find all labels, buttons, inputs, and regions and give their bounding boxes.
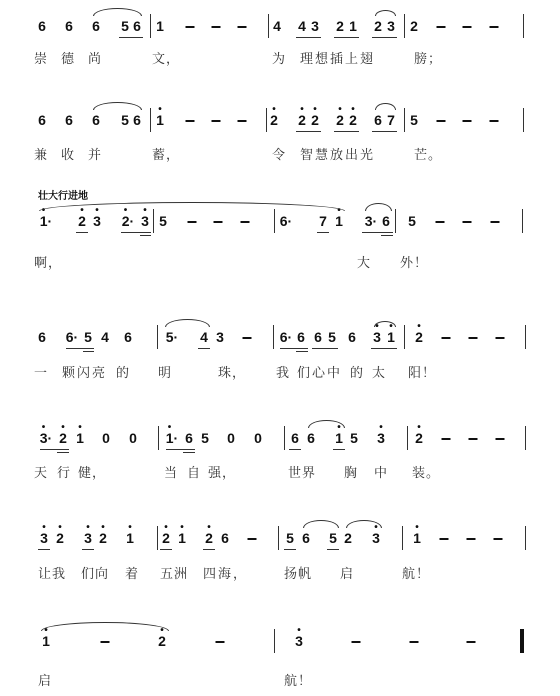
- lyric-text: 启: [38, 674, 52, 690]
- lyric-text: 天: [34, 466, 48, 482]
- sustain-dash: [437, 26, 446, 28]
- sustain-dash: [212, 120, 221, 122]
- final-barline: [520, 629, 524, 653]
- eighth-underline: [119, 37, 143, 38]
- eighth-underline: [317, 232, 329, 233]
- slur-tie: [365, 203, 392, 211]
- note-digit: 6: [374, 112, 382, 128]
- note-digit: 6·: [280, 329, 292, 345]
- lyric-text: 装。: [412, 466, 440, 482]
- note-digit: 0: [254, 430, 262, 446]
- note-digit: 6: [65, 18, 73, 34]
- octave-up-dot: •: [417, 324, 421, 330]
- sustain-dash: [496, 438, 505, 440]
- note: 5: [286, 530, 294, 546]
- note: 4: [101, 329, 109, 345]
- note-digit: 7: [319, 213, 327, 229]
- note-digit: 3·: [365, 213, 377, 229]
- octave-up-dot: •: [78, 425, 82, 431]
- eighth-underline: [40, 449, 69, 450]
- note-digit: 6·: [280, 213, 292, 229]
- note-digit: 3: [216, 329, 224, 345]
- lyric-text: 颗闪亮: [62, 366, 107, 382]
- sustain-dash: [188, 221, 197, 223]
- note: 6: [133, 18, 141, 34]
- note: 5: [408, 213, 416, 229]
- eighth-underline: [198, 348, 210, 349]
- note-digit: 5: [121, 112, 129, 128]
- note: 2•: [415, 329, 423, 345]
- note: 6: [302, 530, 310, 546]
- note: 1•: [156, 112, 164, 128]
- barline: [525, 526, 526, 550]
- note: 1•: [387, 329, 395, 345]
- barline: [274, 209, 275, 233]
- note-digit: 6: [185, 430, 193, 446]
- barline: [157, 325, 158, 349]
- lyric-text: 德: [61, 52, 75, 68]
- lyric-text: 启: [340, 567, 354, 583]
- barline: [404, 108, 405, 132]
- note: 6: [374, 112, 382, 128]
- sustain-dash: [494, 538, 503, 540]
- note-digit: 5: [350, 430, 358, 446]
- note: 1•: [126, 530, 134, 546]
- sustain-dash: [469, 438, 478, 440]
- note-digit: 6: [38, 18, 46, 34]
- sustain-dash: [496, 337, 505, 339]
- eighth-underline: [327, 549, 339, 550]
- note: 5: [121, 18, 129, 34]
- note: 6: [307, 430, 315, 446]
- note: 3•: [40, 530, 48, 546]
- note: 6: [291, 430, 299, 446]
- barline: [407, 426, 408, 450]
- lyric-text: 们心中: [297, 366, 342, 382]
- barline: [153, 209, 154, 233]
- note-digit: 0: [129, 430, 137, 446]
- note-digit: 2: [336, 18, 344, 34]
- note: 7: [387, 112, 395, 128]
- barline: [404, 14, 405, 38]
- sustain-dash: [467, 538, 476, 540]
- slur-tie: [93, 8, 142, 16]
- note: 2: [336, 18, 344, 34]
- barline: [284, 426, 285, 450]
- note-digit: 6: [124, 329, 132, 345]
- octave-up-dot: •: [101, 525, 105, 531]
- note: 1: [156, 18, 164, 34]
- note-digit: 6: [133, 18, 141, 34]
- lyric-text: 大: [357, 256, 371, 272]
- eighth-underline: [76, 232, 88, 233]
- sustain-dash: [467, 641, 476, 643]
- eighth-underline: [334, 131, 359, 132]
- note: 5: [328, 329, 336, 345]
- note: 6·: [66, 329, 78, 345]
- note: 1•: [335, 213, 343, 229]
- sixteenth-underline: [381, 235, 393, 236]
- note: 5: [84, 329, 92, 345]
- note: 2•: [298, 112, 306, 128]
- octave-up-dot: •: [158, 107, 162, 113]
- note: 1•: [178, 530, 186, 546]
- note: 6·: [280, 329, 292, 345]
- lyric-text: 我: [276, 366, 290, 382]
- slur-tie: [165, 319, 210, 327]
- note: 1•: [76, 430, 84, 446]
- note: 3•: [372, 530, 380, 546]
- octave-up-dot: •: [272, 107, 276, 113]
- octave-up-dot: •: [207, 525, 211, 531]
- sustain-dash: [238, 26, 247, 28]
- note-digit: 5·: [166, 329, 178, 345]
- lyric-text: 啊，: [34, 256, 62, 272]
- sustain-dash: [410, 641, 419, 643]
- note: 4: [273, 18, 281, 34]
- note: 6: [185, 430, 193, 446]
- lyric-text: 一: [34, 366, 48, 382]
- octave-up-dot: •: [42, 425, 46, 431]
- barline: [158, 426, 159, 450]
- octave-up-dot: •: [128, 525, 132, 531]
- lyric-text: 的: [350, 366, 364, 382]
- note: 4: [200, 329, 208, 345]
- lyric-text: 阳！: [408, 366, 436, 382]
- octave-up-dot: •: [415, 525, 419, 531]
- note: 2•: [59, 430, 67, 446]
- eighth-underline: [38, 549, 50, 550]
- note: 2•: [336, 112, 344, 128]
- note: 3•: [377, 430, 385, 446]
- note: 3•: [84, 530, 92, 546]
- barline: [150, 14, 151, 38]
- eighth-underline: [82, 549, 94, 550]
- note: 6·: [280, 213, 292, 229]
- sustain-dash: [442, 337, 451, 339]
- eighth-underline: [121, 232, 151, 233]
- note: 4: [298, 18, 306, 34]
- lyric-text: 蓄，: [152, 148, 180, 164]
- barline: [395, 209, 396, 233]
- sustain-dash: [463, 221, 472, 223]
- barline: [150, 108, 151, 132]
- lyric-text: 中: [374, 466, 388, 482]
- sustain-dash: [352, 641, 361, 643]
- note: 6: [38, 329, 46, 345]
- lyric-text: 膀；: [414, 52, 442, 68]
- lyric-text: 扬帆: [284, 567, 312, 583]
- sixteenth-underline: [140, 235, 151, 236]
- note-digit: 6: [307, 430, 315, 446]
- note: 0: [227, 430, 235, 446]
- note: 6: [348, 329, 356, 345]
- note-digit: 5: [328, 329, 336, 345]
- note: 5: [159, 213, 167, 229]
- note-digit: 0: [227, 430, 235, 446]
- note-digit: 5: [286, 530, 294, 546]
- barline: [268, 14, 269, 38]
- lyric-text: 世界: [288, 466, 316, 482]
- note-digit: 6·: [66, 329, 78, 345]
- note: 5·: [166, 329, 178, 345]
- octave-up-dot: •: [300, 107, 304, 113]
- sustain-dash: [491, 221, 500, 223]
- sustain-dash: [248, 538, 257, 540]
- lyric-text: 理想插上翅: [300, 52, 375, 68]
- note: 6: [92, 112, 100, 128]
- sixteenth-underline: [57, 452, 69, 453]
- note: 3·: [365, 213, 377, 229]
- octave-up-dot: •: [168, 425, 172, 431]
- barline: [266, 108, 267, 132]
- eighth-underline: [372, 131, 397, 132]
- slur-tie: [41, 622, 169, 631]
- note: 2•: [415, 430, 423, 446]
- note: 2•: [349, 112, 357, 128]
- eighth-underline: [166, 449, 195, 450]
- sustain-dash: [437, 120, 446, 122]
- note: 2•: [158, 633, 166, 649]
- barline: [274, 629, 275, 653]
- lyric-text: 智慧放出光: [300, 148, 375, 164]
- lyric-text: 太: [372, 366, 386, 382]
- lyric-text: 尚: [88, 52, 102, 68]
- note-digit: 4: [101, 329, 109, 345]
- note: 3•: [141, 213, 149, 229]
- lyric-text: 强，: [208, 466, 236, 482]
- sustain-dash: [101, 641, 110, 643]
- eighth-underline: [160, 549, 172, 550]
- note: 6: [92, 18, 100, 34]
- note: 2·•: [122, 213, 134, 229]
- octave-up-dot: •: [61, 425, 65, 431]
- note: 6: [314, 329, 322, 345]
- lyric-text: 们向: [81, 567, 109, 583]
- sixteenth-underline: [183, 452, 195, 453]
- note: 2•: [162, 530, 170, 546]
- eighth-underline: [312, 348, 338, 349]
- barline: [402, 526, 403, 550]
- note-digit: 3: [311, 18, 319, 34]
- note-digit: 5: [159, 213, 167, 229]
- eighth-underline: [372, 37, 397, 38]
- note: 1•: [42, 633, 50, 649]
- note: 6: [124, 329, 132, 345]
- note: 1•: [413, 530, 421, 546]
- sustain-dash: [463, 120, 472, 122]
- note: 6: [221, 530, 229, 546]
- note-digit: 6: [291, 430, 299, 446]
- note: 7: [319, 213, 327, 229]
- eighth-underline: [289, 449, 301, 450]
- slur-tie: [93, 102, 142, 110]
- octave-up-dot: •: [86, 525, 90, 531]
- barline: [523, 14, 524, 38]
- barline: [404, 325, 405, 349]
- octave-up-dot: •: [42, 525, 46, 531]
- sustain-dash: [238, 120, 247, 122]
- jianpu-score: 66656144321232崇德尚文，为理想插上翅膀；666561•2•2•2•…: [0, 0, 560, 696]
- note-digit: 5: [121, 18, 129, 34]
- lyric-text: 芒。: [414, 148, 442, 164]
- lyric-text: 兼: [34, 148, 48, 164]
- octave-up-dot: •: [351, 107, 355, 113]
- note-digit: 6: [38, 329, 46, 345]
- note: 1: [349, 18, 357, 34]
- note: 6: [65, 112, 73, 128]
- lyric-text: 五洲: [160, 567, 188, 583]
- eighth-underline: [333, 449, 345, 450]
- octave-up-dot: •: [313, 107, 317, 113]
- lyric-text: 外！: [400, 256, 428, 272]
- sustain-dash: [186, 26, 195, 28]
- sustain-dash: [463, 26, 472, 28]
- sustain-dash: [214, 221, 223, 223]
- note-digit: 4: [273, 18, 281, 34]
- lyric-text: 崇: [34, 52, 48, 68]
- note: 3•: [93, 213, 101, 229]
- note: 3: [311, 18, 319, 34]
- lyric-text: 行: [57, 466, 71, 482]
- eighth-underline: [296, 131, 321, 132]
- sixteenth-underline: [83, 351, 94, 352]
- note: 2•: [311, 112, 319, 128]
- note-digit: 3: [387, 18, 395, 34]
- lyric-text: 收: [61, 148, 75, 164]
- note-digit: 2: [374, 18, 382, 34]
- barline: [523, 108, 524, 132]
- slur-tie: [375, 10, 396, 16]
- note-digit: 5: [329, 530, 337, 546]
- note-digit: 4: [200, 329, 208, 345]
- barline: [157, 526, 158, 550]
- note-digit: 0: [102, 430, 110, 446]
- octave-up-dot: •: [379, 425, 383, 431]
- sustain-dash: [186, 120, 195, 122]
- octave-up-dot: •: [164, 525, 168, 531]
- eighth-underline: [280, 348, 308, 349]
- barline: [278, 526, 279, 550]
- eighth-underline: [362, 232, 393, 233]
- note: 1·•: [166, 430, 178, 446]
- note: 5: [201, 430, 209, 446]
- note: 3·•: [40, 430, 52, 446]
- eighth-underline: [284, 549, 296, 550]
- note-digit: 5: [410, 112, 418, 128]
- sustain-dash: [490, 26, 499, 28]
- sustain-dash: [440, 538, 449, 540]
- sustain-dash: [212, 26, 221, 28]
- eighth-underline: [334, 37, 359, 38]
- lyric-text: 四海，: [203, 567, 248, 583]
- barline: [273, 325, 274, 349]
- note: 6: [297, 329, 305, 345]
- note-digit: 6: [38, 112, 46, 128]
- note: 6: [133, 112, 141, 128]
- note-digit: 6: [348, 329, 356, 345]
- slur-tie: [303, 520, 339, 528]
- note: 3•: [295, 633, 303, 649]
- note-digit: 6: [382, 213, 390, 229]
- note: 2•: [78, 213, 86, 229]
- note: 3•: [373, 329, 381, 345]
- octave-up-dot: •: [338, 107, 342, 113]
- lyric-text: 健，: [78, 466, 106, 482]
- slur-tie: [374, 321, 396, 327]
- sustain-dash: [490, 120, 499, 122]
- slur-tie: [39, 202, 345, 211]
- note: 2•: [205, 530, 213, 546]
- lyric-text: 珠，: [218, 366, 246, 382]
- note-digit: 6: [302, 530, 310, 546]
- note: 2: [410, 18, 418, 34]
- eighth-underline: [66, 348, 94, 349]
- sustain-dash: [442, 438, 451, 440]
- barline: [525, 325, 526, 349]
- note: 6: [38, 112, 46, 128]
- note: 0: [129, 430, 137, 446]
- note: 2•: [270, 112, 278, 128]
- sustain-dash: [241, 221, 250, 223]
- sustain-dash: [469, 337, 478, 339]
- note-digit: 4: [298, 18, 306, 34]
- note: 6: [382, 213, 390, 229]
- note: 2: [344, 530, 352, 546]
- note-digit: 2: [344, 530, 352, 546]
- note: 1·•: [40, 213, 52, 229]
- sixteenth-underline: [296, 351, 308, 352]
- note-digit: 6: [314, 329, 322, 345]
- note-digit: 1: [349, 18, 357, 34]
- lyric-text: 并: [88, 148, 102, 164]
- octave-up-dot: •: [297, 628, 301, 634]
- note: 3: [216, 329, 224, 345]
- note: 1•: [335, 430, 343, 446]
- sustain-dash: [243, 337, 252, 339]
- note: 6: [38, 18, 46, 34]
- lyric-text: 为: [272, 52, 286, 68]
- lyric-text: 的: [116, 366, 130, 382]
- note: 2•: [56, 530, 64, 546]
- eighth-underline: [296, 37, 321, 38]
- note: 2•: [99, 530, 107, 546]
- note: 0: [102, 430, 110, 446]
- note: 5: [121, 112, 129, 128]
- note: 5: [410, 112, 418, 128]
- note-digit: 5: [408, 213, 416, 229]
- eighth-underline: [371, 348, 397, 349]
- barline: [525, 426, 526, 450]
- note-digit: 6: [92, 18, 100, 34]
- barline: [522, 209, 523, 233]
- note-digit: 2: [410, 18, 418, 34]
- lyric-text: 航！: [402, 567, 430, 583]
- note-digit: 6: [297, 329, 305, 345]
- note: 5: [350, 430, 358, 446]
- note: 2: [374, 18, 382, 34]
- note-digit: 5: [201, 430, 209, 446]
- lyric-text: 令: [272, 148, 286, 164]
- note: 0: [254, 430, 262, 446]
- lyric-text: 让我: [38, 567, 66, 583]
- octave-up-dot: •: [417, 425, 421, 431]
- lyric-text: 航！: [284, 674, 312, 690]
- note: 3: [387, 18, 395, 34]
- sustain-dash: [436, 221, 445, 223]
- note-digit: 6: [65, 112, 73, 128]
- octave-up-dot: •: [180, 525, 184, 531]
